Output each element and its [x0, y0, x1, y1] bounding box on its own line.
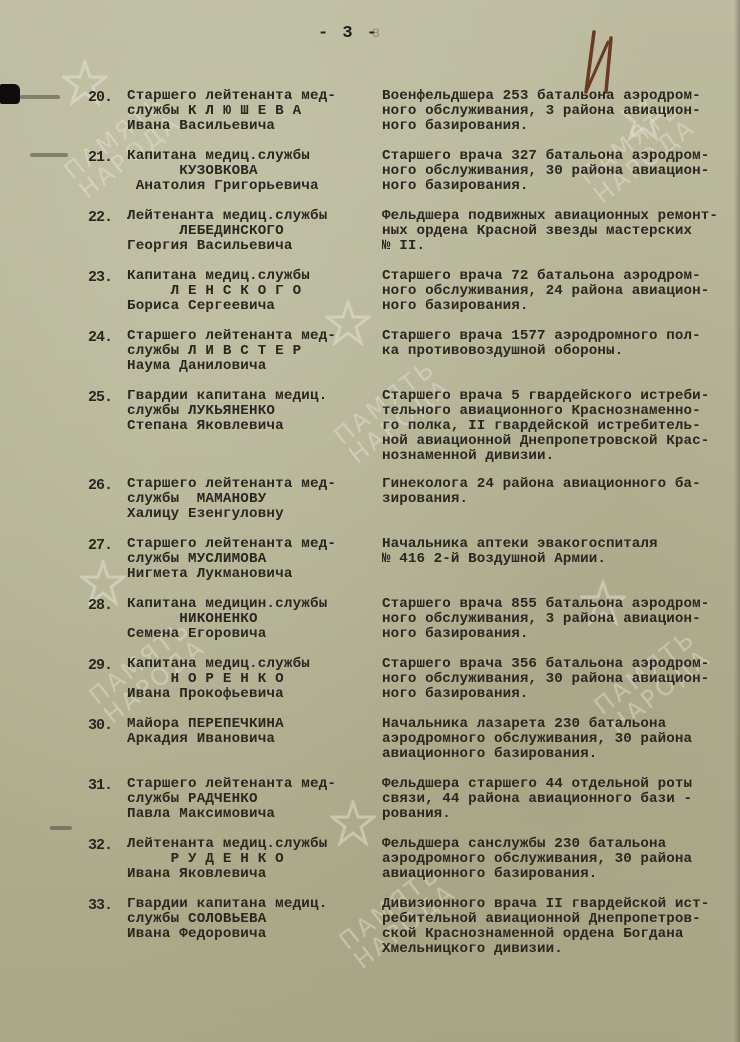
- margin-smudge: [30, 153, 68, 157]
- person-name: Майора ПЕРЕПЕЧКИНА Аркадия Ивановича: [127, 717, 372, 747]
- entry-number: 31.: [88, 777, 112, 794]
- person-name: Старшего лейтенанта мед- службы МАМАНОВУ…: [127, 477, 372, 522]
- entry-number: 24.: [88, 329, 112, 346]
- person-name: Лейтенанта медиц.службы ЛЕБЕДИНСКОГО Гео…: [127, 209, 372, 254]
- person-name: Капитана медицин.службы НИКОНЕНКО Семена…: [127, 597, 372, 642]
- position-description: Фельдшера старшего 44 отдельной роты свя…: [382, 777, 737, 822]
- position-description: Фельдшера подвижных авиационных ремонт- …: [382, 209, 737, 254]
- entry-number: 23.: [88, 269, 112, 286]
- person-name: Старшего лейтенанта мед- службы МУСЛИМОВ…: [127, 537, 372, 582]
- position-description: Дивизионного врача II гвардейской ист- р…: [382, 897, 737, 957]
- person-name: Старшего лейтенанта мед- службы РАДЧЕНКО…: [127, 777, 372, 822]
- position-description: Фельдшера санслужбы 230 батальона аэродр…: [382, 837, 737, 882]
- page-number: - 3 -: [318, 24, 379, 43]
- entry-number: 28.: [88, 597, 112, 614]
- position-description: Начальника аптеки эвакогоспиталя № 416 2…: [382, 537, 737, 567]
- entry-number: 25.: [88, 389, 112, 406]
- position-description: Старшего врача 72 батальона аэродром- но…: [382, 269, 737, 314]
- ink-blot: [0, 84, 20, 104]
- entry-number: 22.: [88, 209, 112, 226]
- page-number-ghost: 8: [372, 26, 380, 41]
- entry-number: 27.: [88, 537, 112, 554]
- document-page: - 3 - 8 ПАМЯТЬНАРОДА ПАМЯТЬНАРОДА ПАМЯТЬ…: [0, 0, 740, 1042]
- entry-number: 29.: [88, 657, 112, 674]
- person-name: Старшего лейтенанта мед- службы К Л Ю Ш …: [127, 89, 372, 134]
- position-description: Начальника лазарета 230 батальона аэродр…: [382, 717, 737, 762]
- entry-number: 30.: [88, 717, 112, 734]
- position-description: Старшего врача 327 батальона аэродром- н…: [382, 149, 737, 194]
- person-name: Лейтенанта медиц.службы Р У Д Е Н К О Ив…: [127, 837, 372, 882]
- position-description: Гинеколога 24 района авиационного ба- зи…: [382, 477, 737, 507]
- margin-smudge: [50, 826, 72, 830]
- person-name: Гвардии капитана медиц. службы ЛУКЬЯНЕНК…: [127, 389, 372, 434]
- position-description: Старшего врача 356 батальона аэродром- н…: [382, 657, 737, 702]
- person-name: Капитана медиц.службы Л Е Н С К О Г О Бо…: [127, 269, 372, 314]
- entry-number: 20.: [88, 89, 112, 106]
- position-description: Старшего врача 5 гвардейского истреби- т…: [382, 389, 737, 464]
- position-description: Военфельдшера 253 батальона аэродром- но…: [382, 89, 737, 134]
- person-name: Капитана медиц.службы Н О Р Е Н К О Иван…: [127, 657, 372, 702]
- position-description: Старшего врача 855 батальона аэродром- н…: [382, 597, 737, 642]
- person-name: Гвардии капитана медиц. службы СОЛОВЬЕВА…: [127, 897, 372, 942]
- person-name: Старшего лейтенанта мед- службы Л И В С …: [127, 329, 372, 374]
- entry-number: 26.: [88, 477, 112, 494]
- entry-number: 21.: [88, 149, 112, 166]
- person-name: Капитана медиц.службы КУЗОВКОВА Анатолия…: [127, 149, 372, 194]
- entry-number: 32.: [88, 837, 112, 854]
- entry-number: 33.: [88, 897, 112, 914]
- position-description: Старшего врача 1577 аэродромного пол- ка…: [382, 329, 737, 359]
- margin-smudge: [20, 95, 60, 99]
